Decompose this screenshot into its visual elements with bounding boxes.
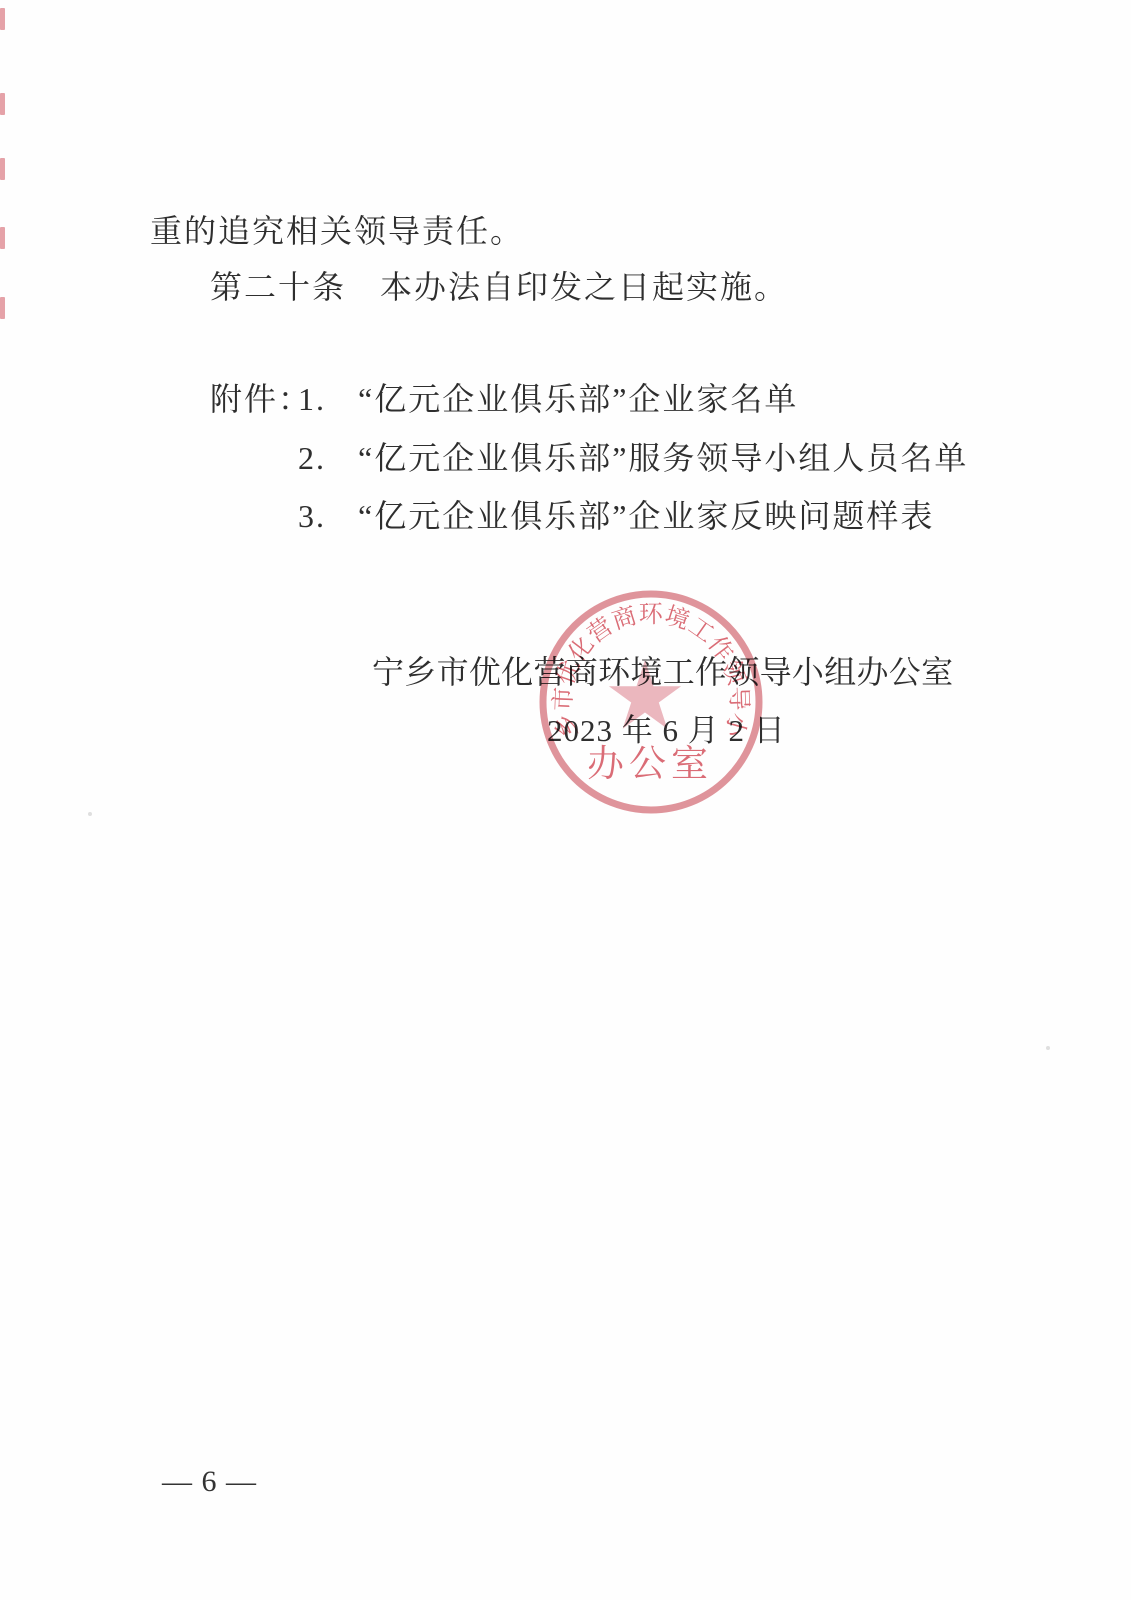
seal-office-text: 办公室 [587, 743, 713, 785]
attachment-number: 3. [298, 497, 326, 535]
article-text: 本办法自印发之日起实施。 [380, 269, 788, 305]
attachment-item: “亿元企业俱乐部”企业家名单 [358, 380, 798, 418]
scan-edge-mark [0, 8, 5, 30]
article-number: 第二十条 [210, 269, 346, 305]
scan-edge-mark [0, 158, 5, 180]
scan-edge-mark [0, 297, 5, 319]
star-icon [609, 660, 681, 729]
attachment-number: 2. [298, 439, 326, 477]
attachments-label: 附件： [210, 380, 312, 418]
document-page: 重的追究相关领导责任。 第二十条本办法自印发之日起实施。 附件： 1. “亿元企… [0, 0, 1131, 1600]
attachment-item: “亿元企业俱乐部”服务领导小组人员名单 [358, 439, 968, 477]
scan-edge-mark [0, 227, 5, 249]
attachment-item: “亿元企业俱乐部”企业家反映问题样表 [358, 497, 934, 535]
paragraph-continuation: 重的追究相关领导责任。 [150, 212, 524, 250]
official-seal: 宁乡市优化营商环境工作领导小组 办公室 [531, 582, 771, 822]
article-20-line: 第二十条本办法自印发之日起实施。 [210, 268, 788, 306]
scan-speck [88, 812, 92, 816]
page-number: — 6 — [162, 1464, 257, 1500]
scan-edge-mark [0, 93, 5, 115]
scan-speck [1046, 1046, 1050, 1050]
seal-arc-text: 宁乡市优化营商环境工作领导小组 [531, 582, 752, 741]
svg-text:宁乡市优化营商环境工作领导小组: 宁乡市优化营商环境工作领导小组 [531, 582, 752, 741]
attachment-number: 1. [298, 380, 326, 418]
